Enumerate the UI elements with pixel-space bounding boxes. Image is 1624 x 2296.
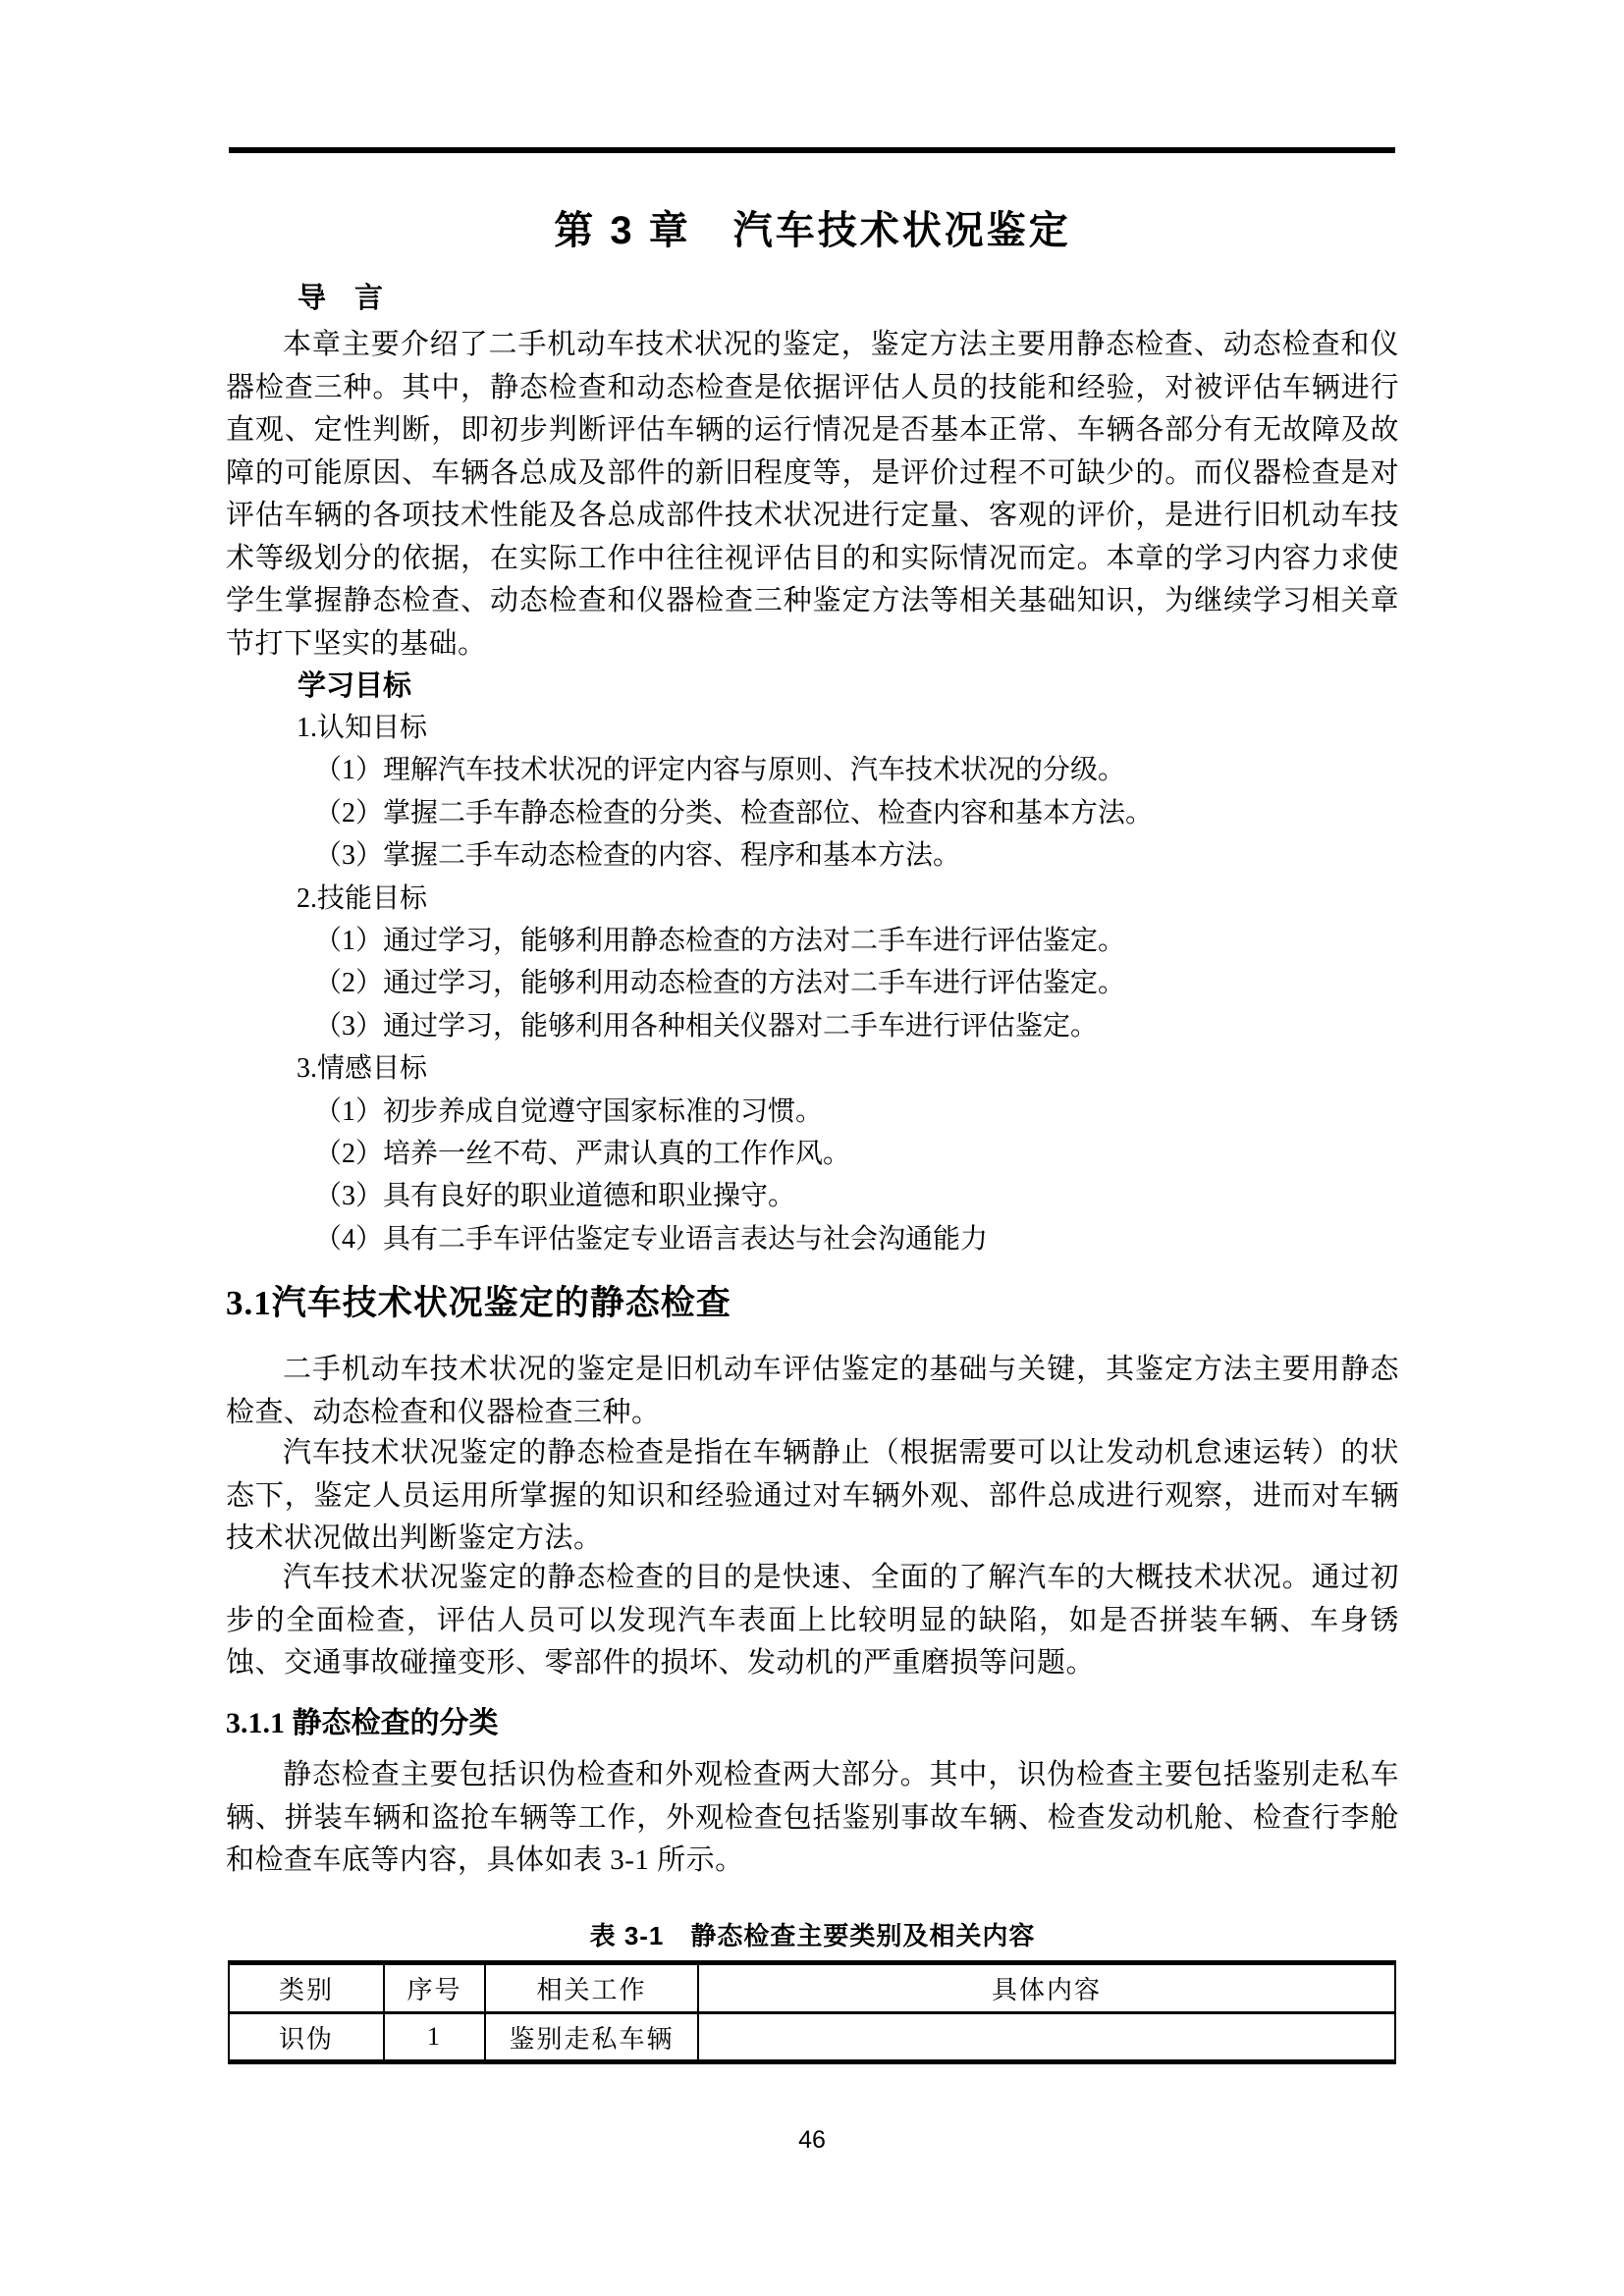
objective-item: （4）具有二手车评估鉴定专业语言表达与社会沟通能力 <box>226 1218 1399 1260</box>
document-page: 第 3 章 汽车技术状况鉴定 导 言 本章主要介绍了二手机动车技术状况的鉴定，鉴… <box>0 0 1624 2296</box>
objective-item: （1）初步养成自觉遵守国家标准的习惯。 <box>226 1091 1399 1133</box>
objective-item: （3）具有良好的职业道德和职业操守。 <box>226 1175 1399 1217</box>
section-3-1-paragraph-2: 汽车技术状况鉴定的静态检查是指在车辆静止（根据需要可以让发动机怠速运转）的状态下… <box>226 1432 1399 1561</box>
header-rule <box>229 147 1395 153</box>
table-header-detail: 具体内容 <box>698 1963 1395 2013</box>
section-3-1-1-paragraph: 静态检查主要包括识伪检查和外观检查两大部分。其中，识伪检查主要包括鉴别走私车辆、… <box>226 1754 1399 1883</box>
intro-label: 导 言 <box>298 276 383 316</box>
section-3-1-paragraph-1: 二手机动车技术状况的鉴定是旧机动车评估鉴定的基础与关键，其鉴定方法主要用静态检查… <box>226 1349 1399 1434</box>
objectives-label: 学习目标 <box>298 664 411 704</box>
objective-item: （2）掌握二手车静态检查的分类、检查部位、检查内容和基本方法。 <box>226 792 1399 834</box>
objective-item: （2）通过学习，能够利用动态检查的方法对二手车进行评估鉴定。 <box>226 962 1399 1004</box>
objective-group-title-affective: 3.情感目标 <box>226 1047 1399 1090</box>
table-header-no: 序号 <box>384 1963 485 2013</box>
table-3-1: 类别 序号 相关工作 具体内容 识伪 1 鉴别走私车辆 <box>228 1960 1396 2064</box>
section-3-1-paragraph-3: 汽车技术状况鉴定的静态检查的目的是快速、全面的了解汽车的大概技术状况。通过初步的… <box>226 1557 1399 1685</box>
table-row: 识伪 1 鉴别走私车辆 <box>229 2013 1395 2062</box>
table-3-1-caption: 表 3-1 静态检查主要类别及相关内容 <box>226 1916 1399 1952</box>
table-cell-category: 识伪 <box>229 2013 384 2062</box>
objective-group-title-cognitive: 1.认知目标 <box>226 707 1399 749</box>
objective-item: （2）培养一丝不苟、严肃认真的工作作风。 <box>226 1133 1399 1175</box>
objective-group-title-skill: 2.技能目标 <box>226 878 1399 920</box>
table-header-category: 类别 <box>229 1963 384 2013</box>
table-cell-work: 鉴别走私车辆 <box>485 2013 698 2062</box>
section-heading-3-1-1: 3.1.1 静态检查的分类 <box>226 1698 1399 1741</box>
objective-item: （3）掌握二手车动态检查的内容、程序和基本方法。 <box>226 834 1399 877</box>
page-number: 46 <box>0 2126 1624 2155</box>
objective-item: （3）通过学习，能够利用各种相关仪器对二手车进行评估鉴定。 <box>226 1005 1399 1047</box>
objectives-list: 1.认知目标 （1）理解汽车技术状况的评定内容与原则、汽车技术状况的分级。 （2… <box>226 707 1399 1260</box>
table-header-work: 相关工作 <box>485 1963 698 2013</box>
chapter-title: 第 3 章 汽车技术状况鉴定 <box>226 199 1399 255</box>
objective-item: （1）理解汽车技术状况的评定内容与原则、汽车技术状况的分级。 <box>226 749 1399 791</box>
intro-paragraph: 本章主要介绍了二手机动车技术状况的鉴定，鉴定方法主要用静态检查、动态检查和仪器检… <box>226 324 1399 666</box>
section-heading-3-1: 3.1汽车技术状况鉴定的静态检查 <box>226 1276 1399 1325</box>
table-cell-detail <box>698 2013 1395 2062</box>
table-header-row: 类别 序号 相关工作 具体内容 <box>229 1963 1395 2013</box>
table-cell-no: 1 <box>384 2013 485 2062</box>
objective-item: （1）通过学习，能够利用静态检查的方法对二手车进行评估鉴定。 <box>226 920 1399 962</box>
